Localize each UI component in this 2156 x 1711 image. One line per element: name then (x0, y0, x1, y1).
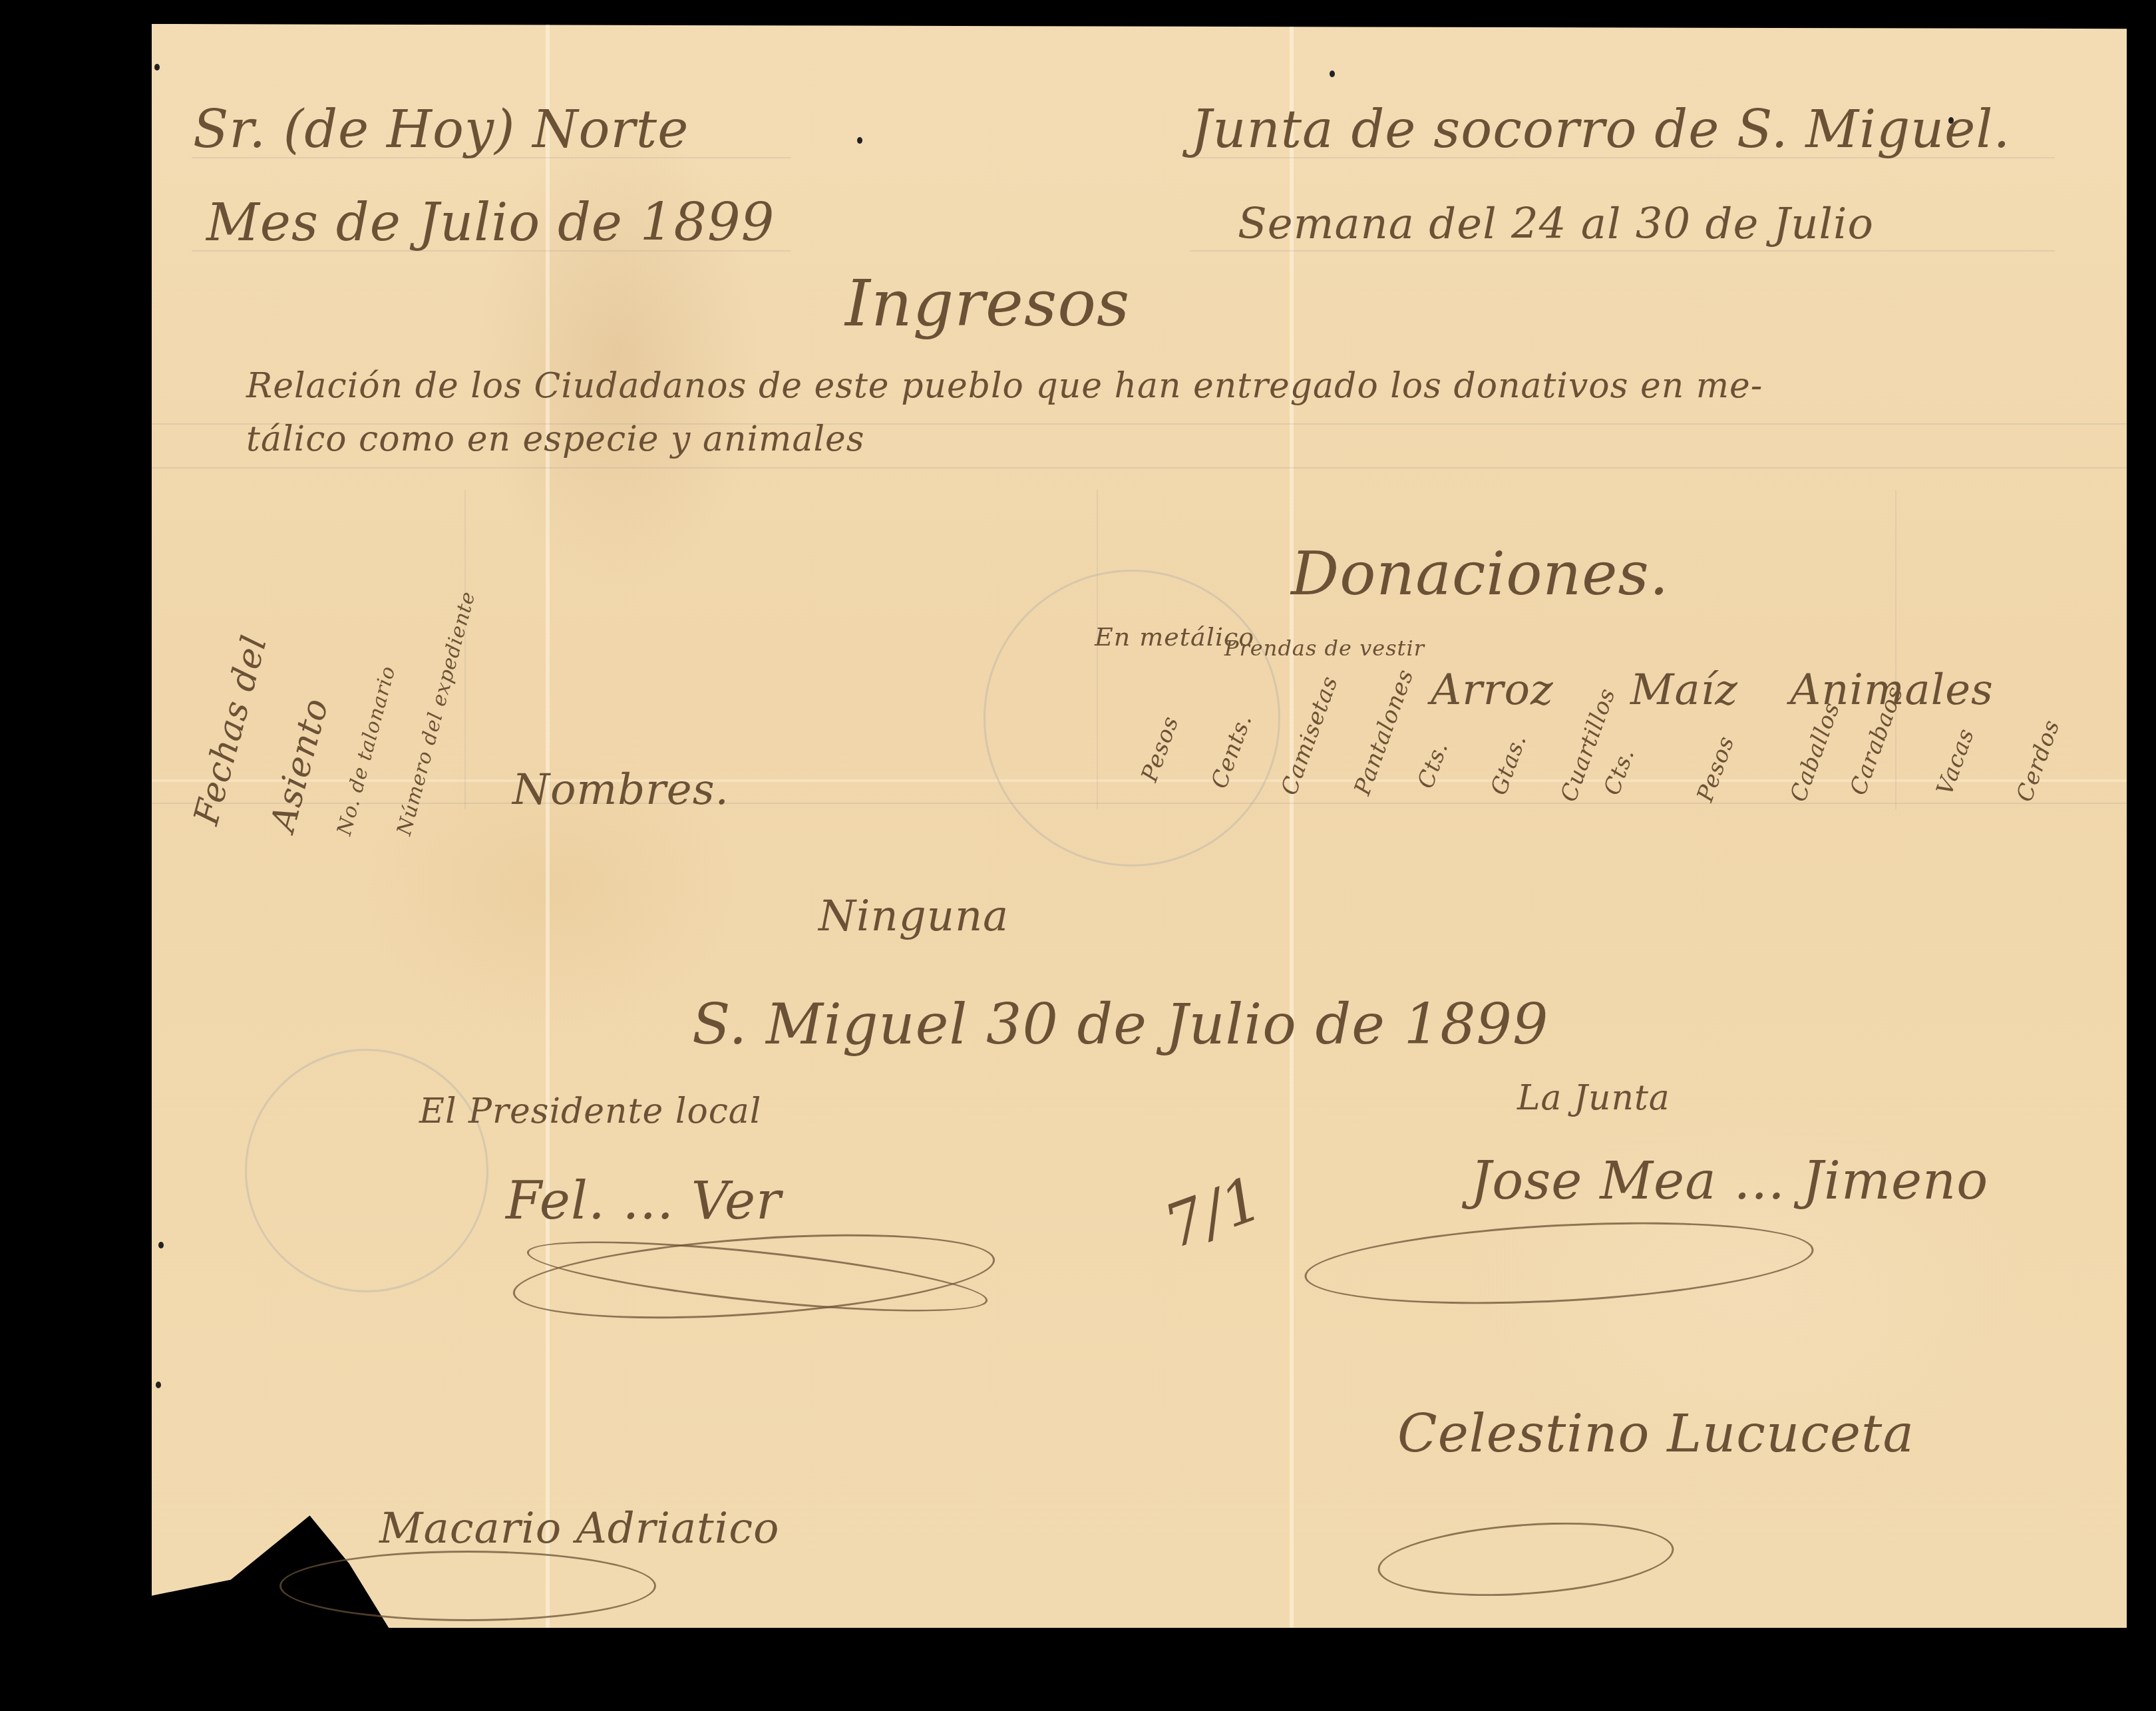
faded-stamp (245, 1049, 488, 1292)
president-signature: Fel. ... Ver (506, 1171, 781, 1231)
junta-label: La Junta (1517, 1078, 1670, 1118)
donation-group-arroz: Arroz (1431, 665, 1554, 715)
ruled-column (1895, 490, 1896, 809)
pin-hole (857, 137, 862, 144)
pin-hole (158, 1242, 164, 1248)
document-title: Ingresos (845, 266, 1130, 341)
signature-flourish (279, 1551, 656, 1621)
description-line-2: tálico como en especie y animales (246, 419, 865, 459)
junta-title: Junta de socorro de S. Miguel. (1191, 100, 2010, 160)
pin-hole (156, 1382, 161, 1388)
junta-signature-2: Celestino Lucuceta (1397, 1404, 1914, 1464)
pin-hole (1330, 71, 1335, 77)
ruled-line (152, 467, 2127, 469)
recipient-line: Sr. (de Hoy) Norte (193, 100, 689, 160)
fold-line (1290, 24, 1294, 1628)
document-paper (152, 24, 2127, 1628)
donation-group-prendas: Prendas de vestir (1224, 636, 1425, 661)
names-header: Nombres. (512, 765, 729, 815)
week-line: Semana del 24 al 30 de Julio (1238, 200, 1874, 249)
donations-header: Donaciones. (1291, 539, 1669, 609)
junta-signature-1: Jose Mea ... Jimeno (1471, 1151, 1988, 1211)
fold-line (546, 24, 550, 1628)
entry-note: Ninguna (818, 892, 1009, 941)
pin-hole (154, 64, 160, 71)
ruled-line (1190, 250, 2055, 252)
description-line-1: Relación de los Ciudadanos de este puebl… (246, 366, 1763, 406)
place-date: S. Miguel 30 de Julio de 1899 (692, 992, 1548, 1057)
month-line: Mes de Julio de 1899 (206, 193, 775, 253)
president-label: El Presidente local (419, 1091, 762, 1131)
bottom-left-signature: Macario Adriatico (379, 1504, 780, 1553)
donation-group-maiz: Maíz (1630, 665, 1738, 715)
